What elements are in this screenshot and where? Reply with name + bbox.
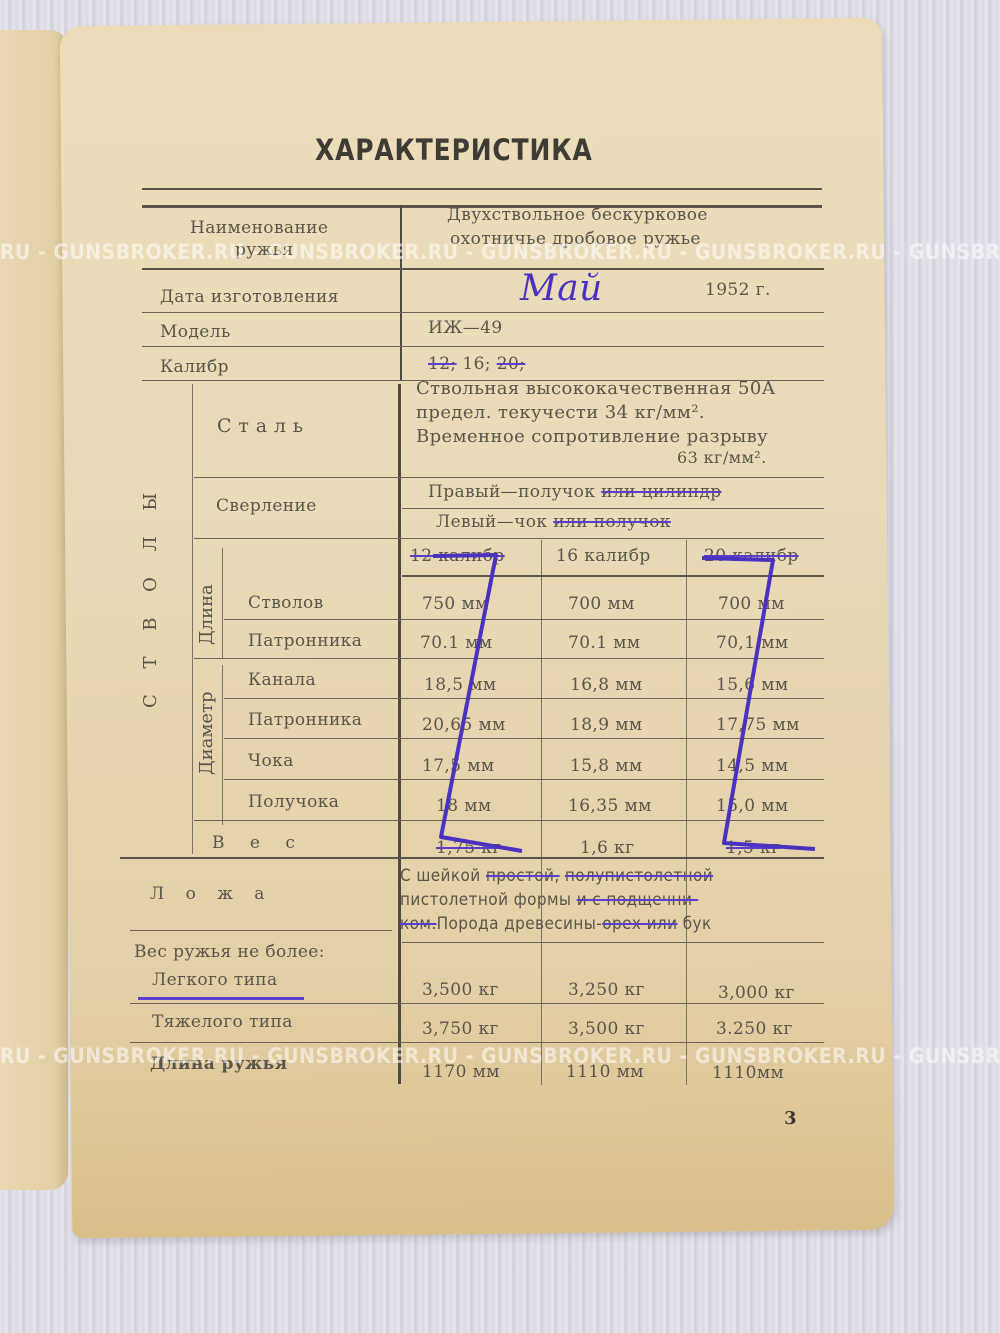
label-boring: Сверление: [216, 496, 317, 516]
cell: 17,5 мм: [422, 756, 495, 776]
weight-heading: Вес ружья не более:: [134, 942, 325, 962]
boring-right-text: Правый—получок: [428, 482, 595, 502]
diameter-divider: [222, 665, 223, 825]
label-date: Дата изготовления: [160, 287, 339, 307]
label-caliber: Калибр: [160, 357, 229, 377]
stock-struck: и с подщечни-: [577, 890, 699, 910]
rule: [130, 930, 392, 931]
row-label-bore: Канала: [248, 670, 316, 690]
rule: [130, 1042, 824, 1043]
cell: 18 мм: [436, 796, 491, 816]
cell: 14,5 мм: [716, 756, 789, 776]
label-stock: Л о ж а: [150, 884, 272, 904]
stock-text: бук: [683, 914, 712, 934]
rule: [194, 538, 824, 539]
cell: 3,000 кг: [718, 983, 795, 1003]
label-light: Легкого типа: [152, 970, 278, 990]
cell: 750 мм: [422, 594, 489, 614]
struck-caliber-20: 20;: [497, 354, 526, 374]
boring-left: Левый—чок или получок: [436, 512, 671, 532]
page-number: 3: [784, 1108, 797, 1129]
label-model: Модель: [160, 322, 231, 342]
cell: 1,5 кг: [726, 838, 780, 858]
row-label-chamber-diameter: Патронника: [248, 710, 362, 730]
rule: [194, 820, 824, 821]
cell: 70,1 мм: [716, 633, 789, 653]
boring-left-text: Левый—чок: [436, 512, 547, 532]
column-divider-top: [400, 205, 402, 380]
cell: 16,35 мм: [568, 796, 652, 816]
col-header-20: 20 калибр: [704, 546, 799, 566]
cell: 1,6 кг: [580, 838, 634, 858]
rule: [194, 658, 824, 659]
col-header-12: 12 калибр: [410, 546, 505, 566]
steel-line-2: предел. текучести 34 кг/мм².: [416, 402, 705, 423]
cell: 18,5 мм: [424, 675, 497, 695]
table-top-rule: [142, 188, 822, 190]
cell: 3,500 кг: [568, 1019, 645, 1039]
watermark-bottom: RU - GUNSBROKER.RU - GUNSBROKER.RU - GUN…: [0, 1044, 1000, 1068]
label-name-1: Наименование: [190, 218, 328, 238]
rule: [130, 1003, 824, 1004]
rule: [224, 738, 824, 739]
value-model: ИЖ—49: [428, 318, 503, 338]
stock-line-3: ком.Порода древесины-орех или бук: [400, 914, 712, 934]
steel-line-4: 63 кг/мм².: [677, 448, 767, 467]
steel-line-1: Ствольная высококачественная 50А: [416, 378, 776, 399]
stock-struck: полупистолетной: [565, 866, 713, 886]
cell: 70.1 мм: [568, 633, 641, 653]
rule: [402, 508, 824, 509]
struck-caliber-12: 12;: [428, 354, 457, 374]
value-name-1: Двухствольное бескурковое: [447, 205, 708, 225]
value-year: 1952 г.: [705, 280, 771, 300]
rule: [194, 477, 824, 478]
stock-struck: орех или: [602, 914, 677, 934]
cell: 18,9 мм: [570, 715, 643, 735]
boring-right-struck: или цилиндр: [601, 482, 721, 502]
rule: [142, 268, 824, 270]
rule: [224, 779, 824, 780]
pen-underline: [138, 997, 304, 1000]
cell: 15,6 мм: [716, 675, 789, 695]
cell: 3,250 кг: [568, 980, 645, 1000]
stock-struck: ком.: [400, 914, 437, 934]
cell: 3,500 кг: [422, 980, 499, 1000]
cell: 15,8 мм: [570, 756, 643, 776]
label-heavy: Тяжелого типа: [152, 1012, 293, 1032]
cell: 3.250 кг: [716, 1019, 793, 1039]
stock-line-2: пистолетной формы и с подщечни-: [400, 890, 698, 910]
handwritten-month: Май: [520, 268, 603, 309]
boring-right: Правый—получок или цилиндр: [428, 482, 722, 502]
value-caliber: 12; 16; 20;: [428, 354, 525, 374]
stock-line-1: С шейкой простой, полупистолетной: [400, 866, 713, 886]
rule: [402, 942, 824, 943]
main-column-divider: [398, 384, 401, 1084]
rule: [120, 857, 824, 859]
row-label-choke: Чока: [248, 751, 294, 771]
rule: [402, 575, 824, 577]
group-label-length: Длина: [196, 584, 217, 645]
cell: 70.1 мм: [420, 633, 493, 653]
rule: [142, 312, 824, 313]
page-title: ХАРАКТЕРИСТИКА: [315, 133, 593, 167]
stock-text: С шейкой: [400, 866, 481, 886]
col-header-16: 16 калибр: [556, 546, 651, 566]
steel-line-3: Временное сопротивление разрыву: [416, 426, 768, 447]
row-label-half-choke: Получока: [248, 792, 339, 812]
boring-left-struck: или получок: [553, 512, 671, 532]
cell: 15,0 мм: [716, 796, 789, 816]
barrels-inner-divider: [192, 384, 193, 854]
cell: 700 мм: [718, 594, 785, 614]
caliber-16: 16;: [462, 354, 491, 374]
rule: [142, 346, 824, 347]
watermark-top: RU - GUNSBROKER.RU - GUNSBROKER.RU - GUN…: [0, 240, 1000, 264]
row-label-weight: В е с: [212, 833, 305, 853]
group-label-diameter: Диаметр: [196, 692, 217, 776]
rule: [224, 619, 824, 620]
cell: 3,750 кг: [422, 1019, 499, 1039]
row-label-barrels: Стволов: [248, 593, 324, 613]
stock-text: Порода древесины-: [437, 914, 603, 934]
rule: [224, 698, 824, 699]
stock-struck: простой,: [486, 866, 560, 886]
left-page-edge: [0, 30, 68, 1190]
length-divider: [222, 548, 223, 658]
stock-text: пистолетной формы: [400, 890, 571, 910]
cell: 1,75 кг: [436, 838, 502, 858]
cell: 700 мм: [568, 594, 635, 614]
group-label-barrels: С Т В О Л Ы: [140, 483, 161, 708]
cell: 17,75 мм: [716, 715, 800, 735]
cell: 16,8 мм: [570, 675, 643, 695]
label-steel: С т а л ь: [217, 415, 304, 437]
row-label-chamber-length: Патронника: [248, 631, 362, 651]
cell: 20,65 мм: [422, 715, 506, 735]
